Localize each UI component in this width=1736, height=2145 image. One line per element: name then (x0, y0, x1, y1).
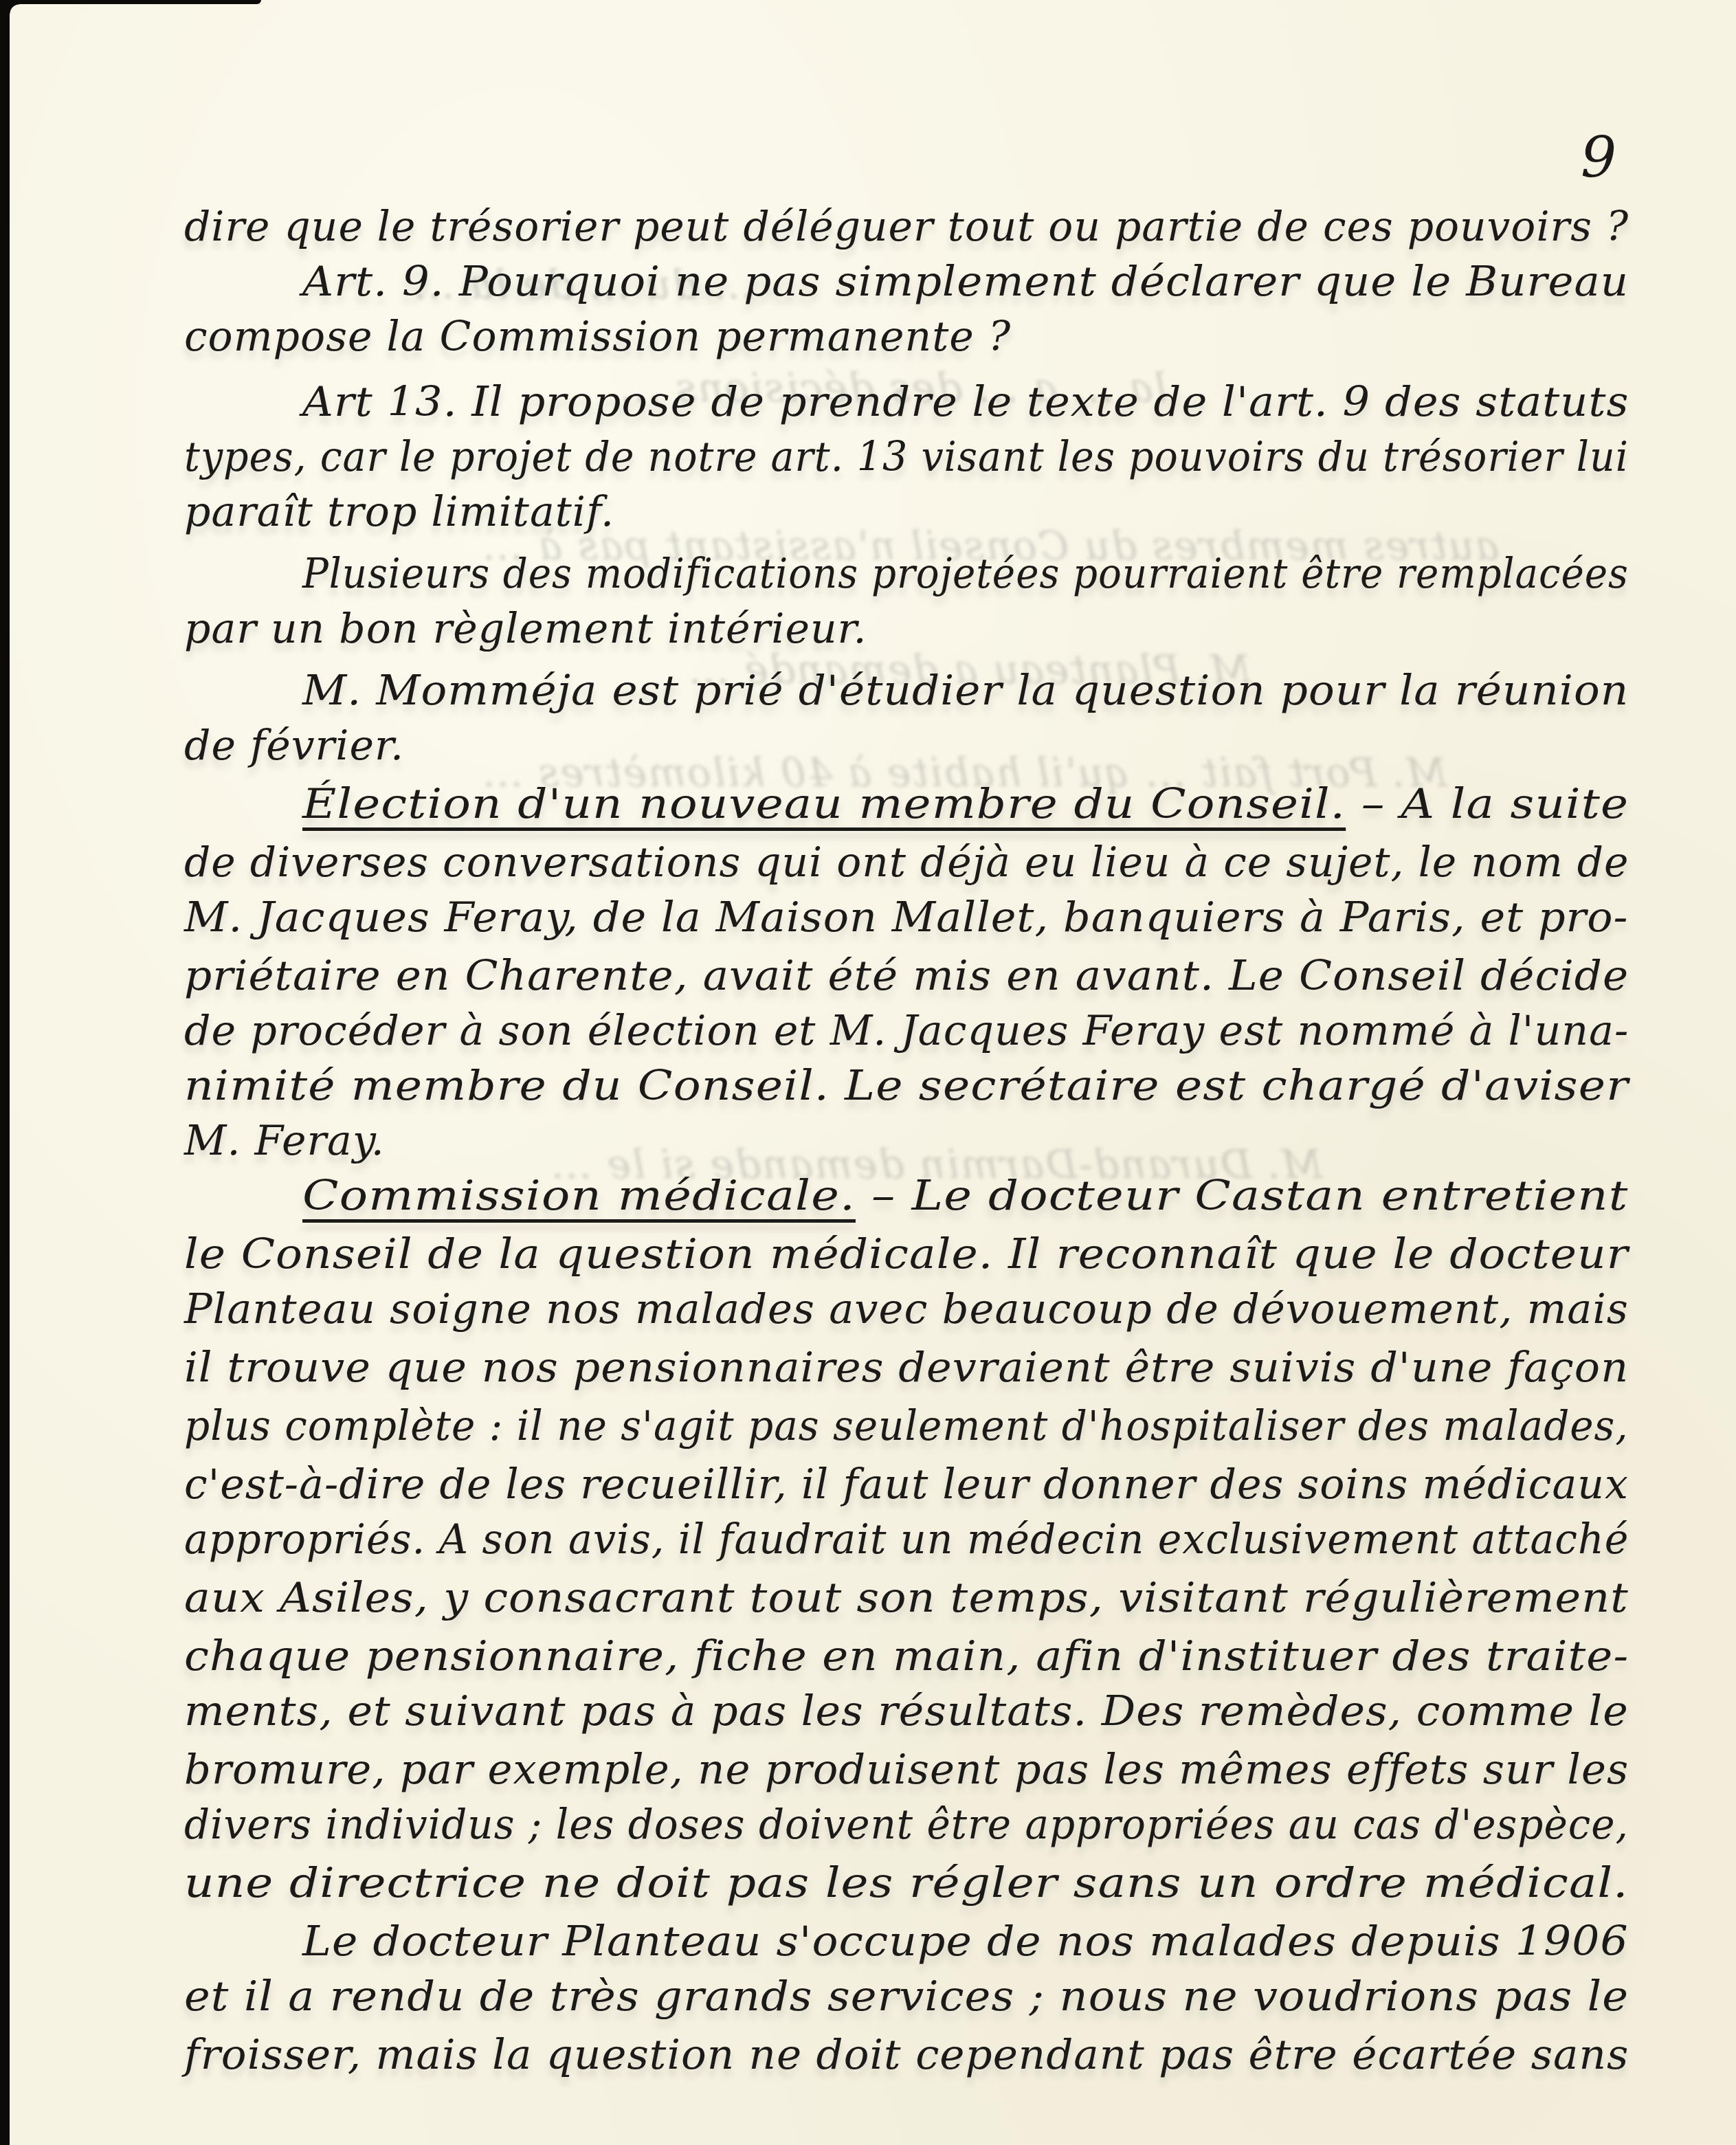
text-line: dire que le trésorier peut déléguer tout… (184, 206, 1629, 247)
text-line: aux Asiles, y consacrant tout son temps,… (184, 1577, 1629, 1619)
text-line: M. Jacques Feray, de la Maison Mallet, b… (184, 897, 1629, 938)
text-line: c'est-à-dire de les recueillir, il faut … (184, 1464, 1629, 1505)
text-line: Art. 9. Pourquoi ne pas simplement décla… (302, 261, 1629, 302)
text-line: Planteau soigne nos malades avec beaucou… (184, 1289, 1629, 1330)
text-line: de février. (184, 725, 404, 766)
text-line: nimité membre du Conseil. Le secrétaire … (184, 1065, 1629, 1107)
text-line: par un bon règlement intérieur. (184, 608, 867, 649)
text-line: types, car le projet de notre art. 13 vi… (184, 436, 1629, 478)
text-line: Plusieurs des modifications projetées po… (302, 553, 1629, 594)
text-line: appropriés. A son avis, il faudrait un m… (184, 1519, 1629, 1560)
text-line: plus complète : il ne s'agit pas seuleme… (184, 1405, 1629, 1447)
heading-continuation: – Le docteur Castan entretient (856, 1172, 1629, 1220)
text-line: chaque pensionnaire, fiche en main, afin… (184, 1636, 1629, 1677)
text-line: priétaire en Charente, avait été mis en … (184, 955, 1629, 997)
section-heading-election: Élection d'un nouveau membre du Conseil. (302, 780, 1346, 828)
page-number: 9 (1581, 131, 1616, 187)
text-line: ments, et suivant pas à pas les résultat… (184, 1691, 1629, 1732)
document-page: ... du ... de la ... la ... a ... des dé… (0, 0, 1736, 2145)
text-line: paraît trop limitatif. (184, 491, 614, 533)
text-line: il trouve que nos pensionnaires devraien… (184, 1347, 1629, 1388)
text-line: froisser, mais la question ne doit cepen… (184, 2034, 1629, 2076)
text-line: compose la Commission permanente ? (184, 316, 1011, 357)
text-line: M. Feray. (184, 1120, 385, 1162)
text-line: Art 13. Il propose de prendre le texte d… (302, 381, 1629, 423)
text-line: M. Momméja est prié d'étudier la questio… (302, 670, 1629, 711)
heading-continuation: – A la suite (1346, 780, 1629, 828)
scan-border-left (0, 0, 10, 2145)
text-line: de diverses conversations qui ont déjà e… (184, 842, 1629, 883)
text-line: de procéder à son élection et M. Jacques… (184, 1010, 1629, 1052)
section-heading-commission-medicale: Commission médicale. (302, 1172, 856, 1220)
text-line: bromure, par exemple, ne produisent pas … (184, 1749, 1629, 1790)
section-heading-line: Commission médicale. – Le docteur Castan… (302, 1175, 1629, 1216)
text-line: Le docteur Planteau s'occupe de nos mala… (302, 1921, 1629, 1962)
scan-border-top (0, 0, 261, 4)
section-heading-line: Élection d'un nouveau membre du Conseil.… (302, 783, 1629, 825)
text-line: divers individus ; les doses doivent êtr… (184, 1804, 1629, 1845)
scan-corner (10, 4, 19, 14)
text-line: une directrice ne doit pas les régler sa… (184, 1863, 1629, 1904)
text-line: et il a rendu de très grands services ; … (184, 1976, 1629, 2017)
text-line: le Conseil de la question médicale. Il r… (184, 1234, 1629, 1275)
